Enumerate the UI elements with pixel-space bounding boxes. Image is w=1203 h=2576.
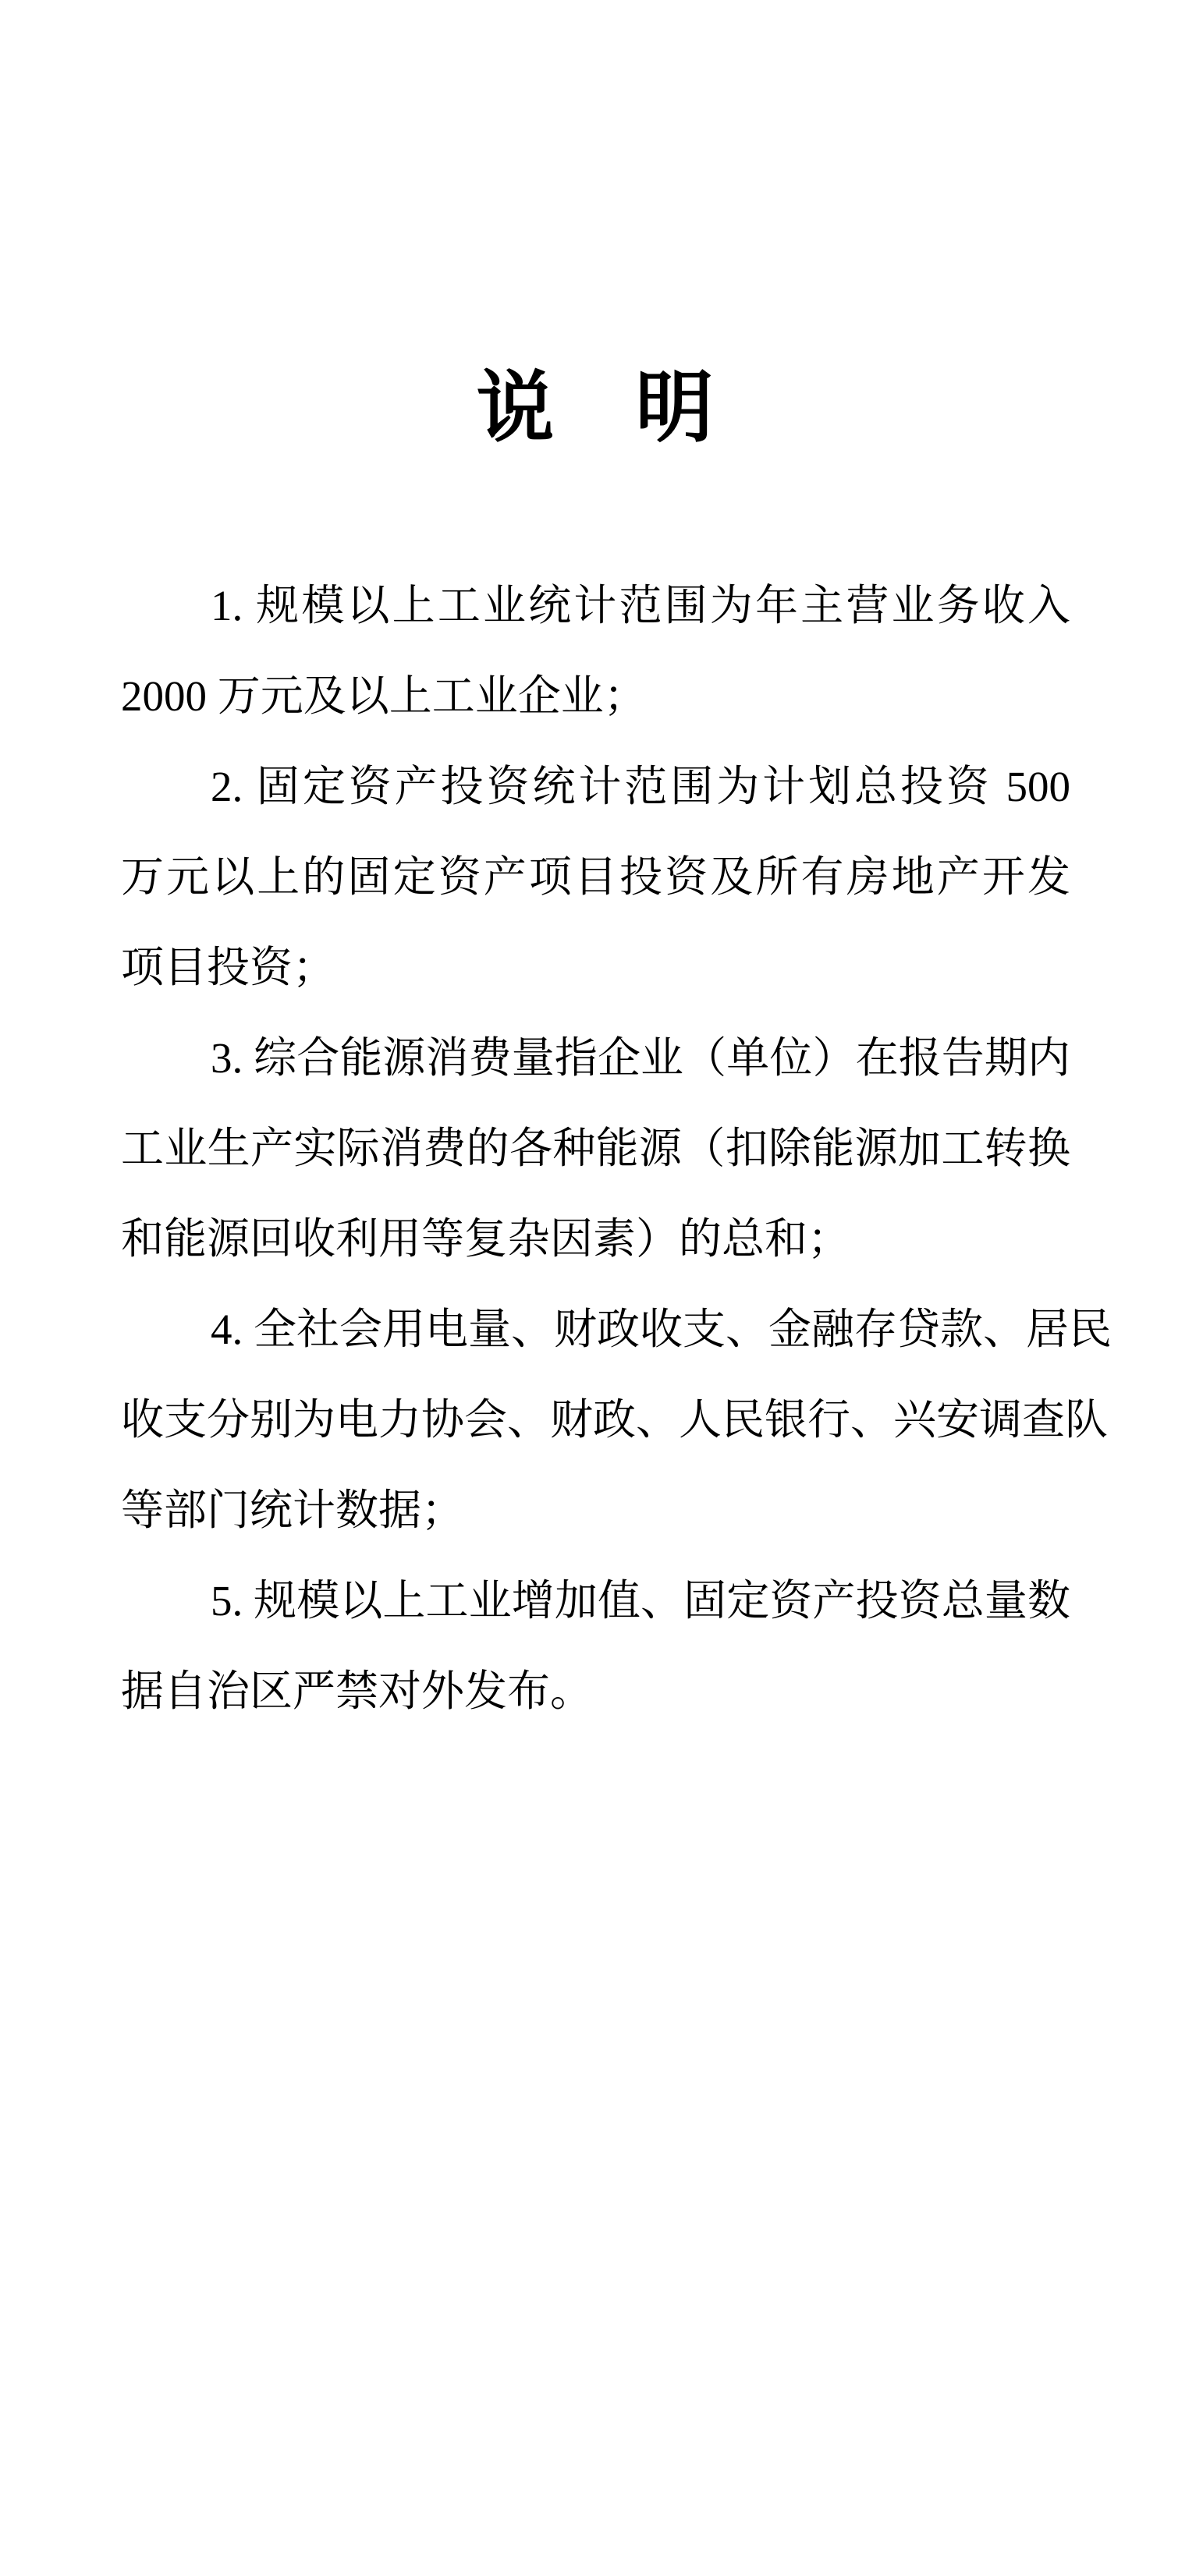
text-line: 等部门统计数据； — [121, 1465, 1070, 1556]
text-line: 2000 万元及以上工业企业； — [121, 651, 1070, 742]
text-line: 4. 全社会用电量、财政收支、金融存贷款、居民 — [121, 1284, 1070, 1375]
text-line: 万元以上的固定资产项目投资及所有房地产开发 — [121, 832, 1070, 923]
document-body: 1. 规模以上工业统计范围为年主营业务收入2000 万元及以上工业企业；2. 固… — [121, 561, 1070, 1737]
text-line: 2. 固定资产投资统计范围为计划总投资 500 — [121, 742, 1070, 832]
text-line: 工业生产实际消费的各种能源（扣除能源加工转换 — [121, 1104, 1070, 1194]
text-line: 1. 规模以上工业统计范围为年主营业务收入 — [121, 561, 1070, 651]
text-line: 和能源回收利用等复杂因素）的总和； — [121, 1194, 1070, 1284]
text-line: 项目投资； — [121, 923, 1070, 1013]
text-line: 据自治区严禁对外发布。 — [121, 1646, 1070, 1737]
page-title: 说 明 — [121, 362, 1070, 455]
text-line: 3. 综合能源消费量指企业（单位）在报告期内 — [121, 1013, 1070, 1104]
text-line: 收支分别为电力协会、财政、人民银行、兴安调查队 — [121, 1375, 1070, 1465]
text-line: 5. 规模以上工业增加值、固定资产投资总量数 — [121, 1556, 1070, 1646]
document-page: 说 明 1. 规模以上工业统计范围为年主营业务收入2000 万元及以上工业企业；… — [0, 0, 1203, 2576]
